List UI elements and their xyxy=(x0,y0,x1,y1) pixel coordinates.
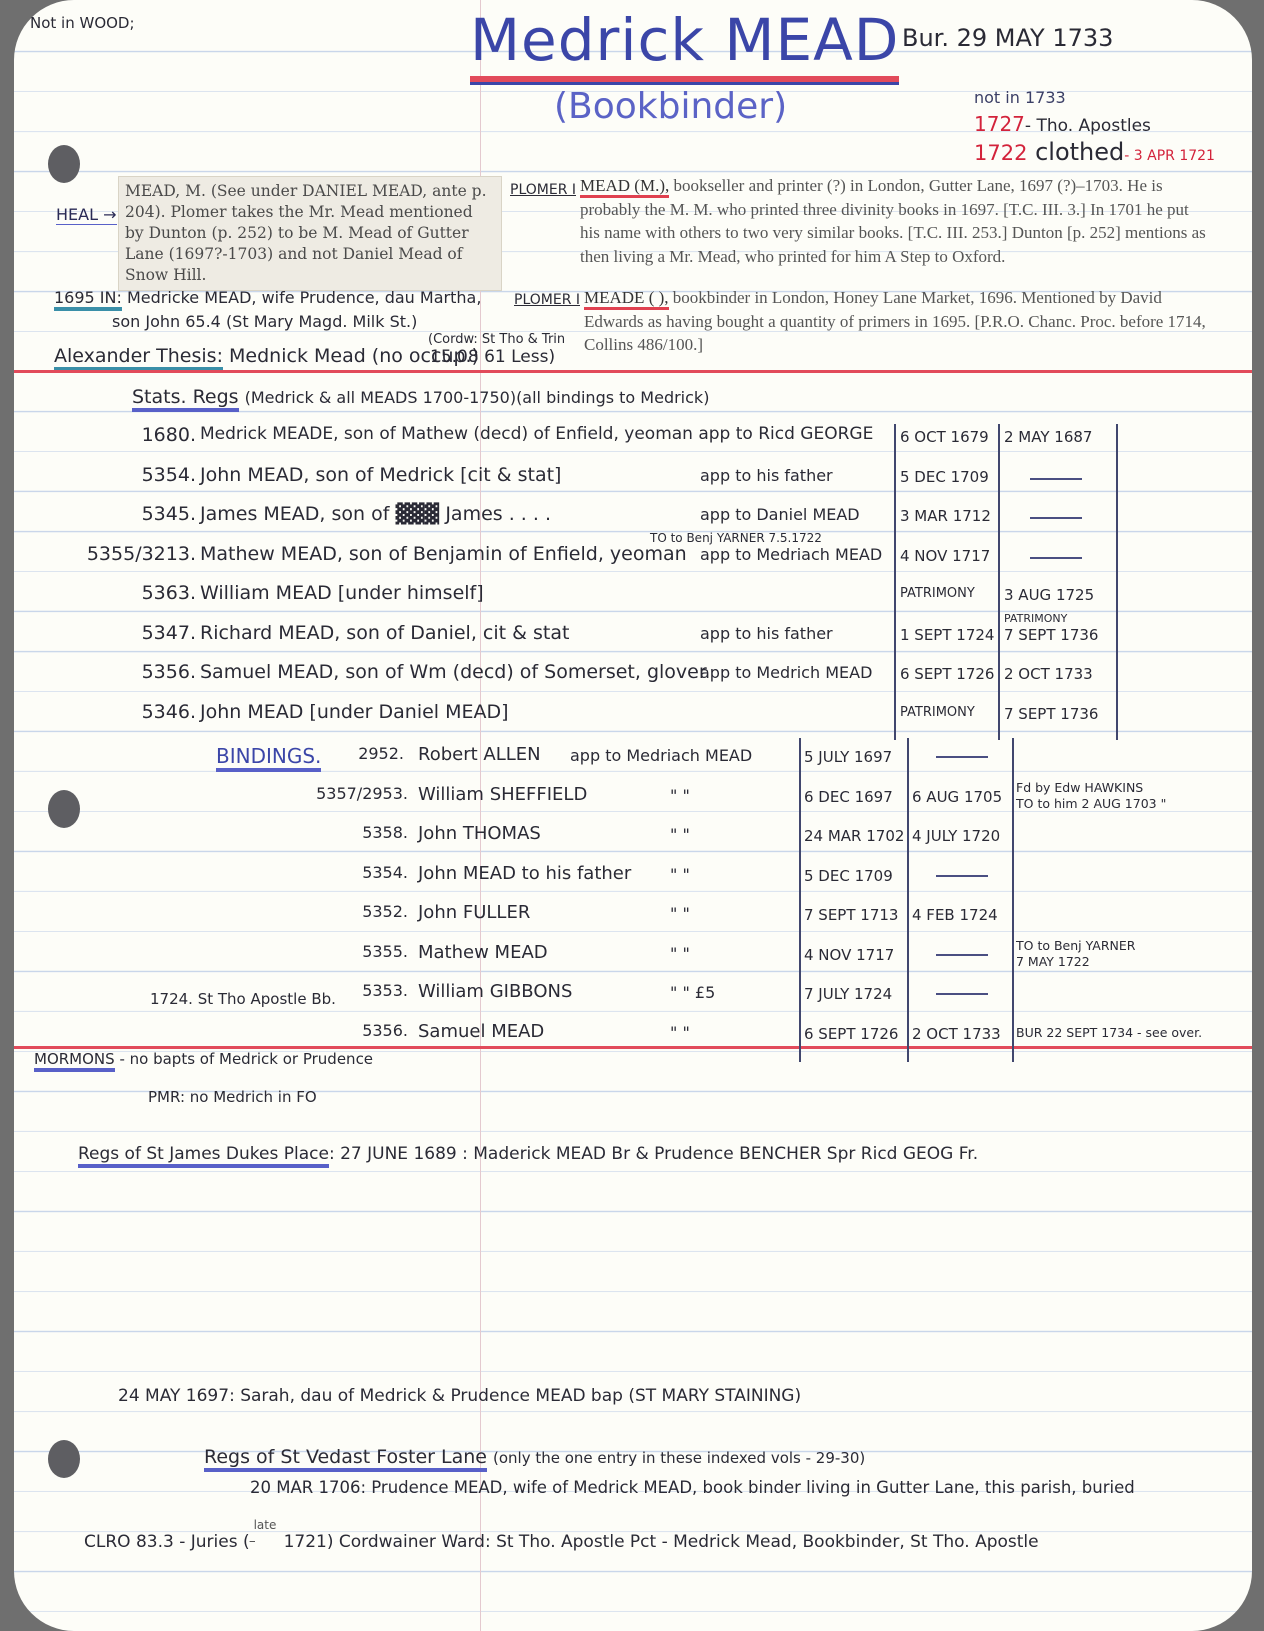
clro-text: CLRO 83.3 - Juries ( xyxy=(84,1532,250,1552)
binder-hole xyxy=(48,790,80,828)
row-number: 5357/2953. xyxy=(264,784,408,803)
table-column-divider xyxy=(998,424,1000,740)
empty-dash xyxy=(1030,478,1082,480)
apostles-line: 1727- Tho. Apostles xyxy=(974,112,1151,136)
page-subtitle: (Bookbinder) xyxy=(554,86,787,127)
row-apprentice-to: app to Medriach MEAD xyxy=(570,746,752,765)
pmr-note: PMR: no Medrich in FO xyxy=(148,1088,317,1106)
row-number: 1680. xyxy=(54,424,196,446)
row-bound-date: 6 DEC 1697 xyxy=(804,788,893,806)
row-bound-date: 7 SEPT 1713 xyxy=(804,906,898,924)
st-vedast-note: (only the one entry in these indexed vol… xyxy=(493,1449,865,1467)
row-number: 5358. xyxy=(264,823,408,842)
row-bound-date: 6 SEPT 1726 xyxy=(804,1025,898,1043)
row-note: TO to Benj YARNER xyxy=(1016,938,1135,953)
row-name: Samuel MEAD xyxy=(418,1021,544,1042)
row-bound-date: 7 JULY 1724 xyxy=(804,985,892,1003)
row-number: 5352. xyxy=(264,902,408,921)
table-column-divider xyxy=(907,738,909,1062)
table-column-divider xyxy=(894,424,896,740)
plomer-label: PLOMER I xyxy=(514,292,580,308)
alexander-ref-bottom: 15.08 61 Less) xyxy=(430,347,555,367)
row-bound-date: 4 NOV 1717 xyxy=(900,547,990,565)
notebook-page: Not in WOOD; Medrick MEAD (Bookbinder) B… xyxy=(14,0,1252,1631)
st-vedast-label: Regs of St Vedast Foster Lane xyxy=(204,1446,487,1472)
burial-date: Bur. 29 MAY 1733 xyxy=(902,24,1113,52)
row-apprentice-to: " " xyxy=(670,825,690,844)
plomer-text: bookbinder in London, Honey Lane Market,… xyxy=(584,288,1206,354)
row-freed-date: 6 AUG 1705 xyxy=(912,788,1002,806)
st-vedast-entry: 20 MAR 1706: Prudence MEAD, wife of Medr… xyxy=(250,1478,1135,1497)
apostles-text: - Tho. Apostles xyxy=(1025,116,1151,136)
row-bound-date: 5 DEC 1709 xyxy=(804,867,893,885)
row-number: 5353. xyxy=(264,981,408,1000)
row-number: 2952. xyxy=(264,744,404,763)
row-name: John MEAD [under Daniel MEAD] xyxy=(200,701,509,723)
table-column-divider xyxy=(1116,424,1118,740)
clro-year-text: 1721) Cordwainer Ward: St Tho. Apostle P… xyxy=(284,1532,1039,1552)
heal-label: HEAL → xyxy=(56,205,117,225)
not-in-note: not in 1733 xyxy=(974,88,1066,107)
row-name: William SHEFFIELD xyxy=(418,784,587,805)
note-not-in-wood: Not in WOOD; xyxy=(30,14,135,32)
empty-dash xyxy=(936,993,988,995)
binder-hole xyxy=(48,145,80,183)
mormons-label: MORMONS xyxy=(34,1050,115,1072)
alexander-label: Alexander Thesis: xyxy=(54,345,223,371)
heal-clipping: MEAD, M. (See under DANIEL MEAD, ante p.… xyxy=(118,176,502,291)
row-bound-date: 1 SEPT 1724 xyxy=(900,626,994,644)
row-number: 5354. xyxy=(54,464,196,486)
row-name: Robert ALLEN xyxy=(418,744,541,765)
row-apprentice-note: TO to Benj YARNER 7.5.1722 xyxy=(650,531,822,545)
row-number: 5356. xyxy=(54,661,196,683)
row-name: Medrick MEADE, son of Mathew (decd) of E… xyxy=(200,424,873,444)
baptism-entry: 24 MAY 1697: Sarah, dau of Medrick & Pru… xyxy=(118,1386,801,1406)
binder-hole xyxy=(48,1440,80,1478)
row-name: John THOMAS xyxy=(418,823,541,844)
row-bound-date: PATRIMONY xyxy=(900,705,975,720)
row-number: 5355. xyxy=(264,942,408,961)
st-james-label: Regs of St James Dukes Place xyxy=(78,1144,329,1168)
row-number: 5347. xyxy=(54,622,196,644)
row-number: 5354. xyxy=(264,863,408,882)
row-apprentice-to: app to Medriach MEAD xyxy=(700,545,882,564)
row-apprentice-to: " " xyxy=(670,786,690,805)
st-james-text: : 27 JUNE 1689 : Maderick MEAD Br & Prud… xyxy=(329,1144,978,1164)
stats-regs-note: (Medrick & all MEADS 1700-1750)(all bind… xyxy=(245,388,710,407)
row-number: 5345. xyxy=(54,503,196,525)
row-name: Mathew MEAD xyxy=(418,942,548,963)
plomer-text: bookseller and printer (?) in London, Gu… xyxy=(580,176,1206,266)
row-bound-date: 5 DEC 1709 xyxy=(900,468,989,486)
row-freed-date: 3 AUG 1725 xyxy=(1004,586,1094,604)
page-title: Medrick MEAD xyxy=(470,6,899,82)
plomer-entry-meade: MEADE ( ), bookbinder in London, Honey L… xyxy=(584,286,1208,357)
row-number: 5363. xyxy=(54,582,196,604)
empty-dash xyxy=(936,756,988,758)
row-freed-date: 4 JULY 1720 xyxy=(912,827,1000,845)
row-apprentice-to: " " xyxy=(670,944,690,963)
row-bound-date: 3 MAR 1712 xyxy=(900,507,991,525)
row-name: William GIBBONS xyxy=(418,981,572,1002)
alexander-ref-top: (Cordw: St Tho & Trin xyxy=(428,332,565,347)
row-apprentice-to: app to Medrich MEAD xyxy=(700,663,872,682)
plomer-label: PLOMER I xyxy=(510,182,576,198)
census-text: Medricke MEAD, wife Prudence, dau Martha… xyxy=(127,288,481,307)
row-freed-date: 7 SEPT 1736 xyxy=(1004,626,1098,644)
row-number: 5346. xyxy=(54,701,196,723)
st-james-entry: Regs of St James Dukes Place: 27 JUNE 16… xyxy=(78,1144,978,1164)
plomer-heading: MEAD (M.), xyxy=(580,176,669,198)
row-name: Richard MEAD, son of Daniel, cit & stat xyxy=(200,622,569,644)
row-apprentice-to: app to his father xyxy=(700,466,833,485)
row-apprentice-to: " " xyxy=(670,865,690,884)
census-label: 1695 IN: xyxy=(54,288,122,311)
clothed-line: 1722 clothed- 3 APR 1721 xyxy=(974,138,1215,166)
row-bound-date: 4 NOV 1717 xyxy=(804,946,894,964)
row-apprentice-to: " " £5 xyxy=(670,983,715,1002)
empty-dash xyxy=(1030,517,1082,519)
row-freed-date: 2 OCT 1733 xyxy=(1004,665,1093,683)
row-freed-date: 7 SEPT 1736 xyxy=(1004,705,1098,723)
census-1695-line1: 1695 IN: Medricke MEAD, wife Prudence, d… xyxy=(54,288,481,307)
row-bound-date: 6 OCT 1679 xyxy=(900,428,989,446)
clothed-year: 1722 xyxy=(974,141,1027,165)
row-name: Mathew MEAD, son of Benjamin of Enfield,… xyxy=(200,543,687,565)
row-number: 5355/3213. xyxy=(54,543,196,565)
row-apprentice-to: app to Daniel MEAD xyxy=(700,505,860,524)
clothed-date: - 3 APR 1721 xyxy=(1124,148,1215,164)
row-name: William MEAD [under himself] xyxy=(200,582,484,604)
empty-dash xyxy=(936,875,988,877)
row-freed-date: 2 OCT 1733 xyxy=(912,1025,1001,1043)
row-note: Fd by Edw HAWKINS xyxy=(1016,780,1143,795)
plomer-entry-mead: MEAD (M.), bookseller and printer (?) in… xyxy=(580,174,1208,268)
row-name: Samuel MEAD, son of Wm (decd) of Somerse… xyxy=(200,661,707,683)
row-note: TO to him 2 AUG 1703 " xyxy=(1016,796,1166,811)
st-vedast-heading: Regs of St Vedast Foster Lane (only the … xyxy=(204,1446,865,1468)
row-note: 7 MAY 1722 xyxy=(1016,954,1090,969)
table-column-divider xyxy=(799,738,801,1062)
row-name: John FULLER xyxy=(418,902,530,923)
empty-dash xyxy=(936,954,988,956)
row-freed-date: 2 MAY 1687 xyxy=(1004,428,1092,446)
stats-regs-heading: Stats. Regs (Medrick & all MEADS 1700-17… xyxy=(132,386,709,408)
clro-struck-note: late xyxy=(254,1518,277,1532)
row-name: John MEAD, son of Medrick [cit & stat] xyxy=(200,464,561,486)
mormons-text: - no bapts of Medrick or Prudence xyxy=(119,1050,373,1068)
row-number: 5356. xyxy=(264,1021,408,1040)
row-bound-date: 24 MAR 1702 xyxy=(804,827,904,845)
row-freed-date: 4 FEB 1724 xyxy=(912,906,998,924)
row-freed-note: PATRIMONY xyxy=(1004,612,1067,625)
census-1695-line2: son John 65.4 (St Mary Magd. Milk St.) xyxy=(112,312,417,331)
alexander-thesis: Alexander Thesis: Mednick Mead (no occup… xyxy=(54,345,479,367)
row-apprentice-to: " " xyxy=(670,1023,690,1042)
clro-entry: CLRO 83.3 - Juries (late 1721) Cordwaine… xyxy=(84,1532,1039,1552)
row-bound-date: 6 SEPT 1726 xyxy=(900,665,994,683)
plomer-heading: MEADE ( ), xyxy=(584,288,669,310)
section-divider xyxy=(14,370,1252,373)
row-apprentice-to: app to his father xyxy=(700,624,833,643)
row-apprentice-to: " " xyxy=(670,904,690,923)
apostles-year: 1727 xyxy=(974,112,1025,136)
stats-regs-label: Stats. Regs xyxy=(132,386,239,412)
row-bound-date: 5 JULY 1697 xyxy=(804,748,892,766)
table-column-divider xyxy=(1012,738,1014,1062)
empty-dash xyxy=(1030,557,1082,559)
row-note: BUR 22 SEPT 1734 - see over. xyxy=(1016,1025,1202,1040)
mormons-line: MORMONS - no bapts of Medrick or Prudenc… xyxy=(34,1050,373,1068)
row-name: John MEAD to his father xyxy=(418,863,631,884)
section-divider xyxy=(14,1046,1252,1049)
row-name: James MEAD, son of ▓▓▓ James . . . . xyxy=(200,503,551,525)
clothed-text: clothed xyxy=(1035,138,1124,166)
row-bound-date: PATRIMONY xyxy=(900,586,975,601)
